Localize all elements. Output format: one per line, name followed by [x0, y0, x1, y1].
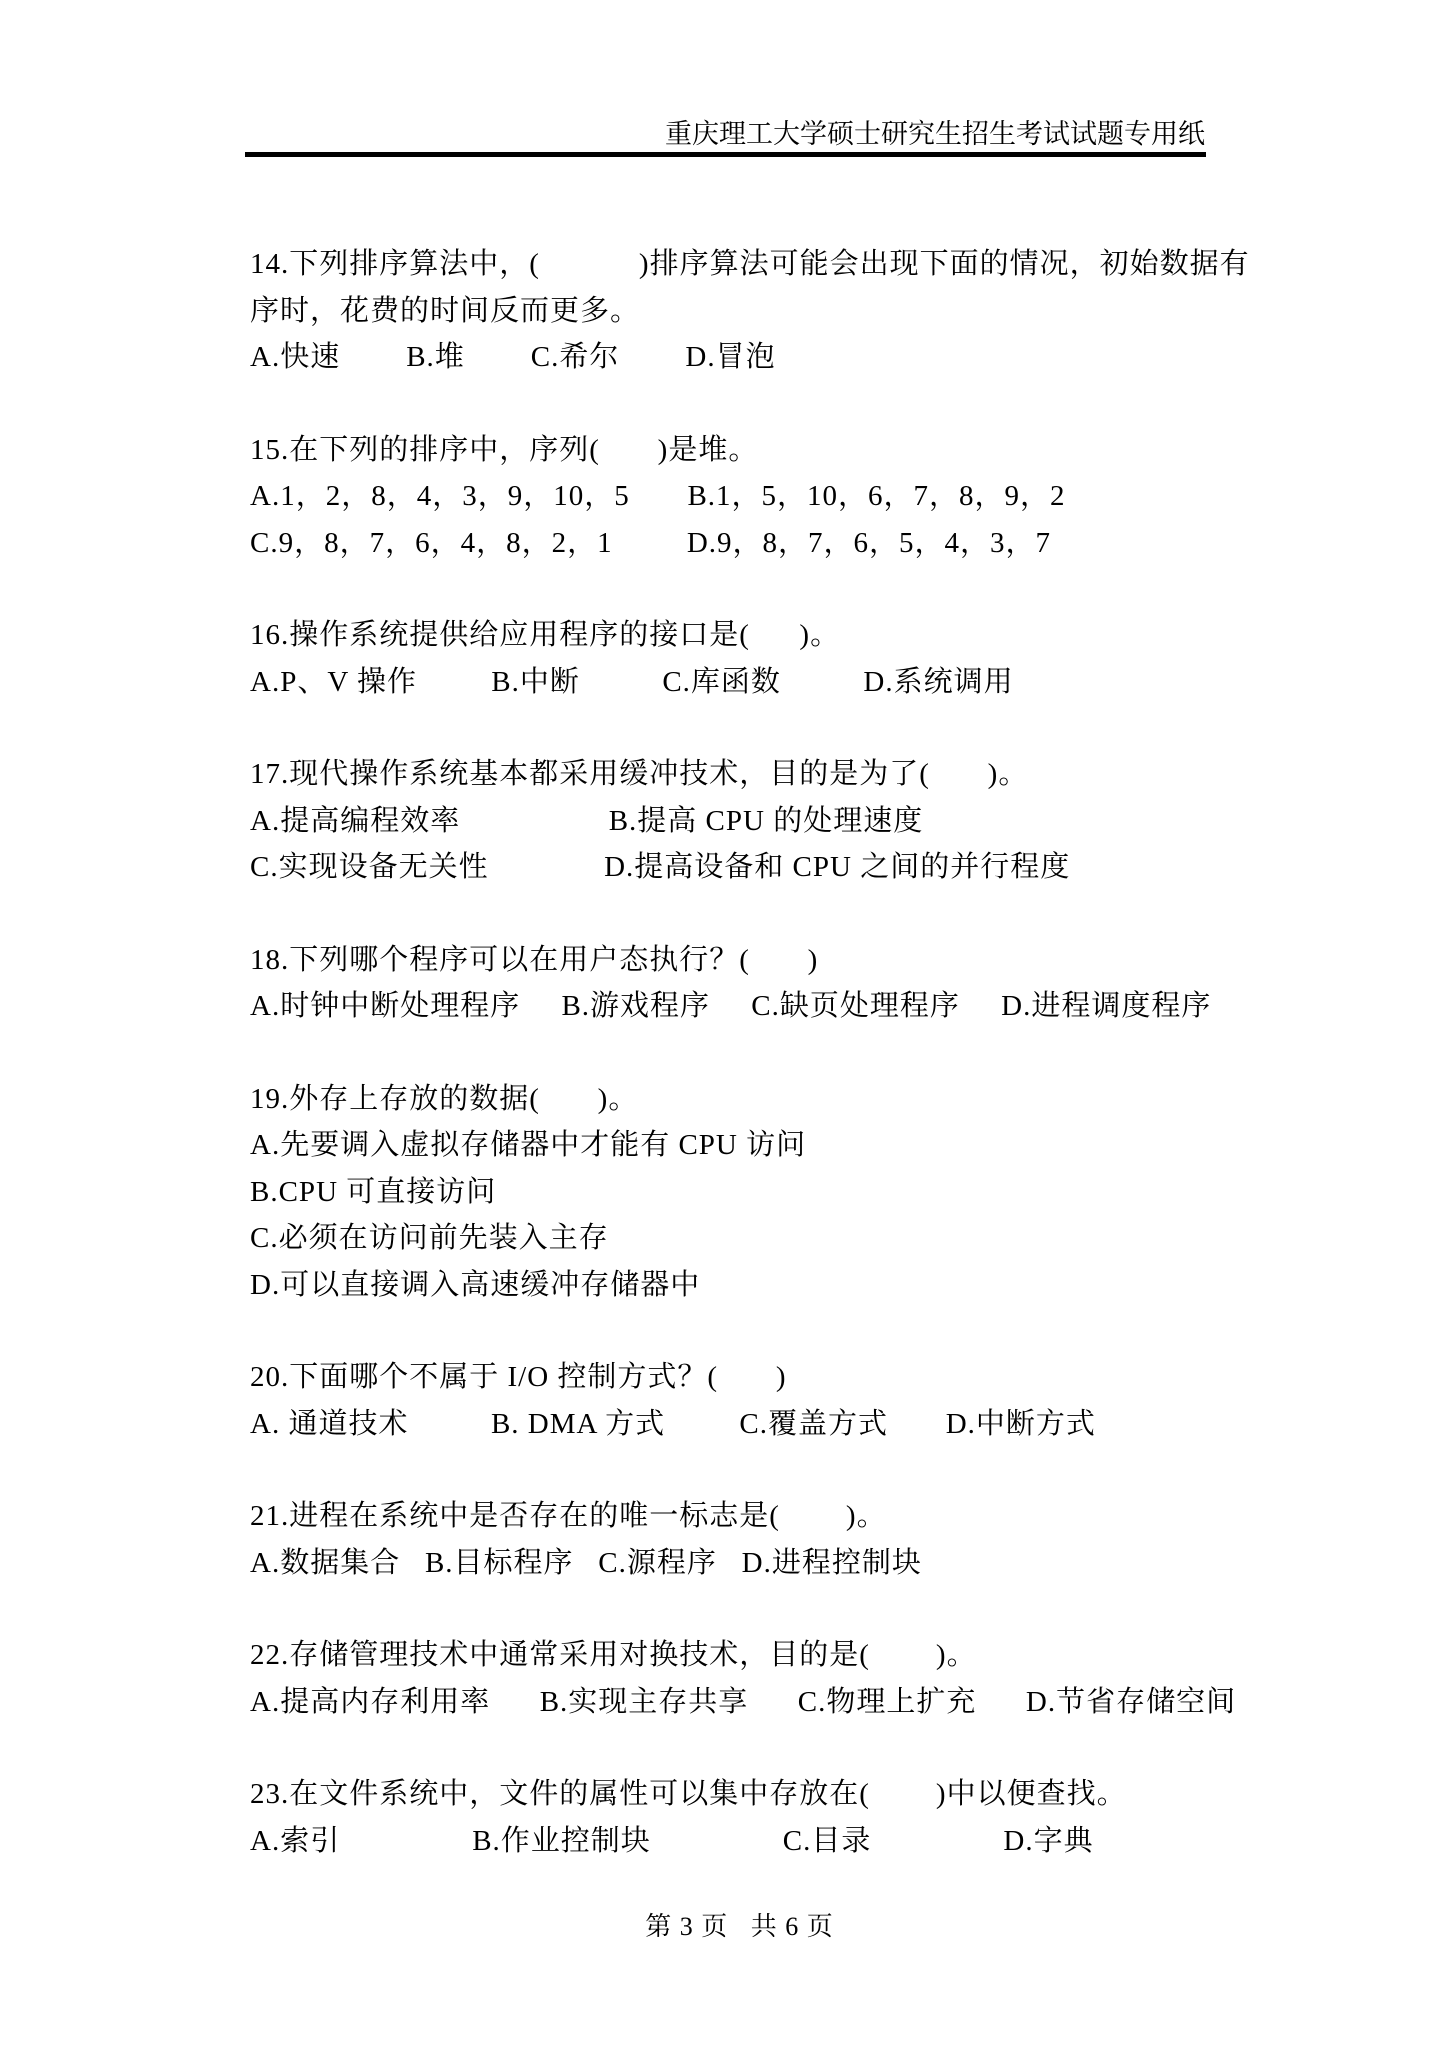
question-17-line: A.提高编程效率 B.提高 CPU 的处理速度: [250, 798, 1230, 845]
header-title: 重庆理工大学硕士研究生招生考试试题专用纸: [245, 118, 1205, 150]
question-23: 23.在文件系统中，文件的属性可以集中存放在( )中以便查找。A.索引 B.作业…: [250, 1771, 1230, 1864]
question-18: 18.下列哪个程序可以在用户态执行？( )A.时钟中断处理程序 B.游戏程序 C…: [250, 937, 1230, 1030]
question-20-line: 20.下面哪个不属于 I/O 控制方式？( ): [250, 1354, 1230, 1401]
question-23-line: A.索引 B.作业控制块 C.目录 D.字典: [250, 1818, 1230, 1865]
question-14: 14.下列排序算法中，( )排序算法可能会出现下面的情况，初始数据有序时，花费的…: [250, 241, 1230, 381]
question-15-line: 15.在下列的排序中，序列( )是堆。: [250, 427, 1230, 474]
question-22-line: 22.存储管理技术中通常采用对换技术，目的是( )。: [250, 1632, 1230, 1679]
question-16-line: 16.操作系统提供给应用程序的接口是( )。: [250, 612, 1230, 659]
question-14-line: 14.下列排序算法中，( )排序算法可能会出现下面的情况，初始数据有: [250, 241, 1230, 288]
exam-paper-page: 重庆理工大学硕士研究生招生考试试题专用纸 14.下列排序算法中，( )排序算法可…: [0, 0, 1449, 2046]
question-20: 20.下面哪个不属于 I/O 控制方式？( )A. 通道技术 B. DMA 方式…: [250, 1354, 1230, 1447]
question-19-line: A.先要调入虚拟存储器中才能有 CPU 访问: [250, 1122, 1230, 1169]
question-18-line: A.时钟中断处理程序 B.游戏程序 C.缺页处理程序 D.进程调度程序: [250, 983, 1230, 1030]
question-14-line: 序时，花费的时间反而更多。: [250, 288, 1230, 335]
question-14-line: A.快速 B.堆 C.希尔 D.冒泡: [250, 334, 1230, 381]
question-21-line: 21.进程在系统中是否存在的唯一标志是( )。: [250, 1493, 1230, 1540]
question-20-line: A. 通道技术 B. DMA 方式 C.覆盖方式 D.中断方式: [250, 1401, 1230, 1448]
question-17: 17.现代操作系统基本都采用缓冲技术，目的是为了( )。A.提高编程效率 B.提…: [250, 751, 1230, 891]
question-22-line: A.提高内存利用率 B.实现主存共享 C.物理上扩充 D.节省存储空间: [250, 1679, 1230, 1726]
question-18-line: 18.下列哪个程序可以在用户态执行？( ): [250, 937, 1230, 984]
question-15-line: A.1，2，8，4，3，9，10，5 B.1，5，10，6，7，8，9，2: [250, 473, 1230, 520]
question-17-line: C.实现设备无关性 D.提高设备和 CPU 之间的并行程度: [250, 844, 1230, 891]
question-21-line: A.数据集合 B.目标程序 C.源程序 D.进程控制块: [250, 1540, 1230, 1587]
header-rule: [245, 152, 1206, 157]
question-15: 15.在下列的排序中，序列( )是堆。A.1，2，8，4，3，9，10，5 B.…: [250, 427, 1230, 567]
question-21: 21.进程在系统中是否存在的唯一标志是( )。A.数据集合 B.目标程序 C.源…: [250, 1493, 1230, 1586]
question-19-line: C.必须在访问前先装入主存: [250, 1215, 1230, 1262]
page-number: 第 3 页 共 6 页: [645, 1912, 834, 1941]
question-19: 19.外存上存放的数据( )。A.先要调入虚拟存储器中才能有 CPU 访问B.C…: [250, 1076, 1230, 1309]
question-15-line: C.9，8，7，6，4，8，2，1 D.9，8，7，6，5，4，3，7: [250, 520, 1230, 567]
question-16: 16.操作系统提供给应用程序的接口是( )。A.P、V 操作 B.中断 C.库函…: [250, 612, 1230, 705]
question-16-line: A.P、V 操作 B.中断 C.库函数 D.系统调用: [250, 659, 1230, 706]
question-23-line: 23.在文件系统中，文件的属性可以集中存放在( )中以便查找。: [250, 1771, 1230, 1818]
question-17-line: 17.现代操作系统基本都采用缓冲技术，目的是为了( )。: [250, 751, 1230, 798]
page-footer: 第 3 页 共 6 页: [0, 1879, 1449, 1975]
question-22: 22.存储管理技术中通常采用对换技术，目的是( )。A.提高内存利用率 B.实现…: [250, 1632, 1230, 1725]
question-list: 14.下列排序算法中，( )排序算法可能会出现下面的情况，初始数据有序时，花费的…: [250, 241, 1230, 1864]
question-19-line: B.CPU 可直接访问: [250, 1169, 1230, 1216]
question-19-line: D.可以直接调入高速缓冲存储器中: [250, 1262, 1230, 1309]
question-19-line: 19.外存上存放的数据( )。: [250, 1076, 1230, 1123]
